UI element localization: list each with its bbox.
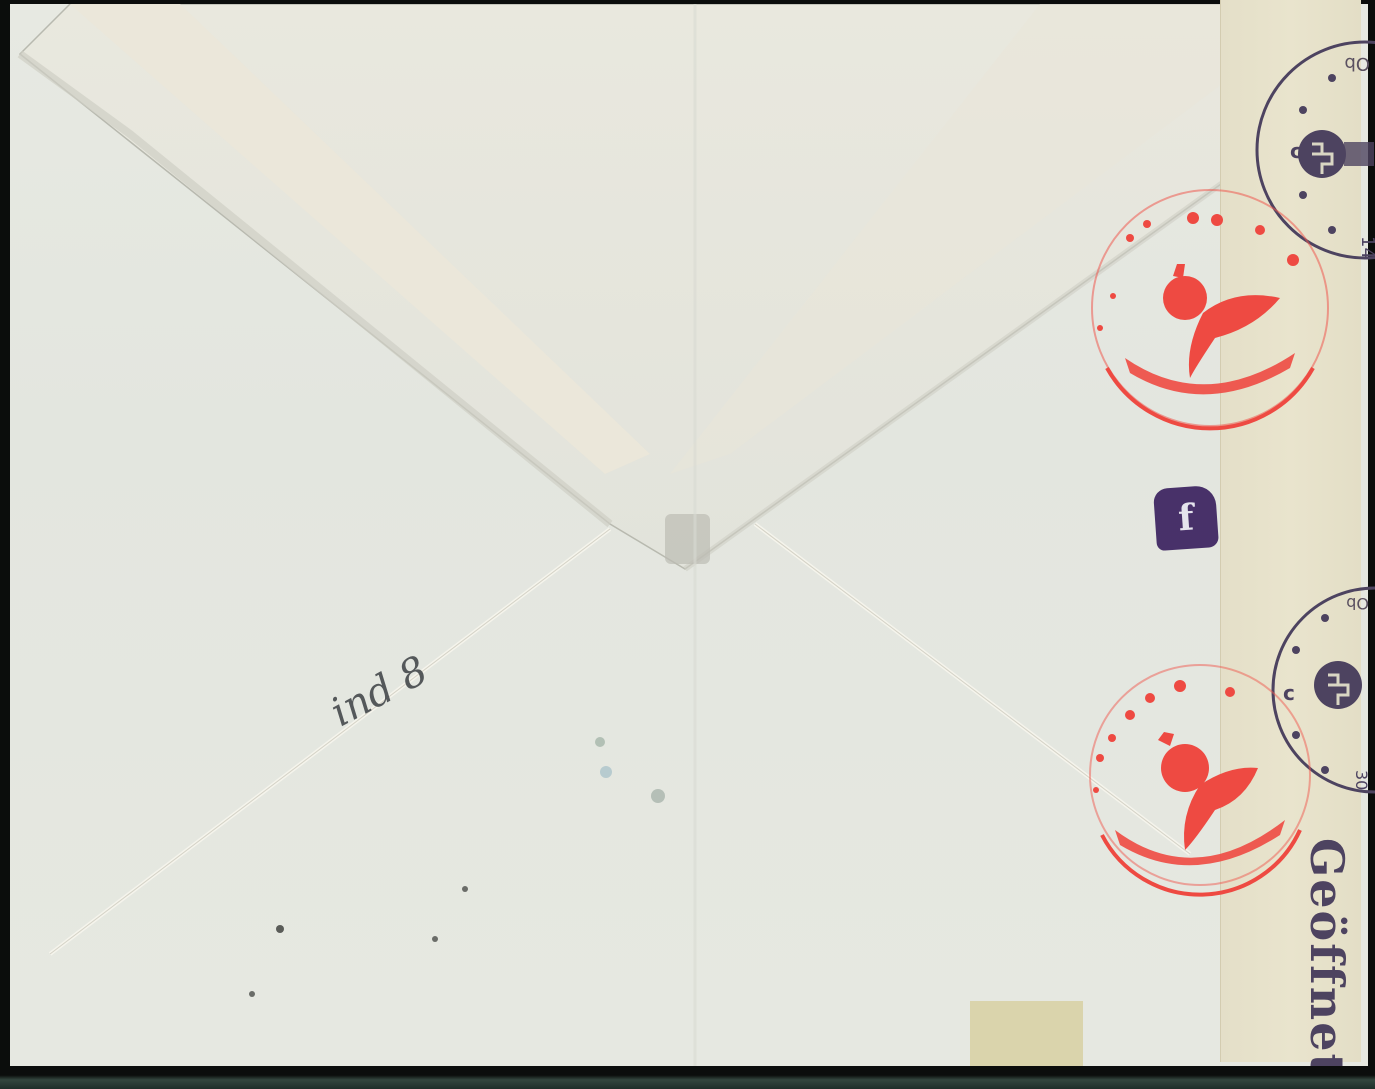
red-censor-stamp-upper [1085, 178, 1335, 438]
eagle-emblem-icon [1163, 276, 1207, 320]
stamp-top-text: Ob [1346, 594, 1369, 613]
stamp-bottom-text: 14 [1357, 236, 1375, 259]
mount-strip [0, 1066, 1375, 1089]
seal-smudge [665, 514, 710, 564]
envelope-photo: c Ob 14 c Ob 30 [0, 0, 1375, 1089]
purple-handstamp-mark: f [1153, 485, 1219, 551]
stamp-top-text: Ob [1344, 53, 1370, 74]
adhesive-tape-remnant [970, 1001, 1083, 1066]
stamp-bottom-text: 30 [1352, 770, 1371, 790]
censor-tape-label: Geöffnet [1292, 838, 1362, 1078]
red-censor-stamp-lower [1080, 650, 1320, 910]
